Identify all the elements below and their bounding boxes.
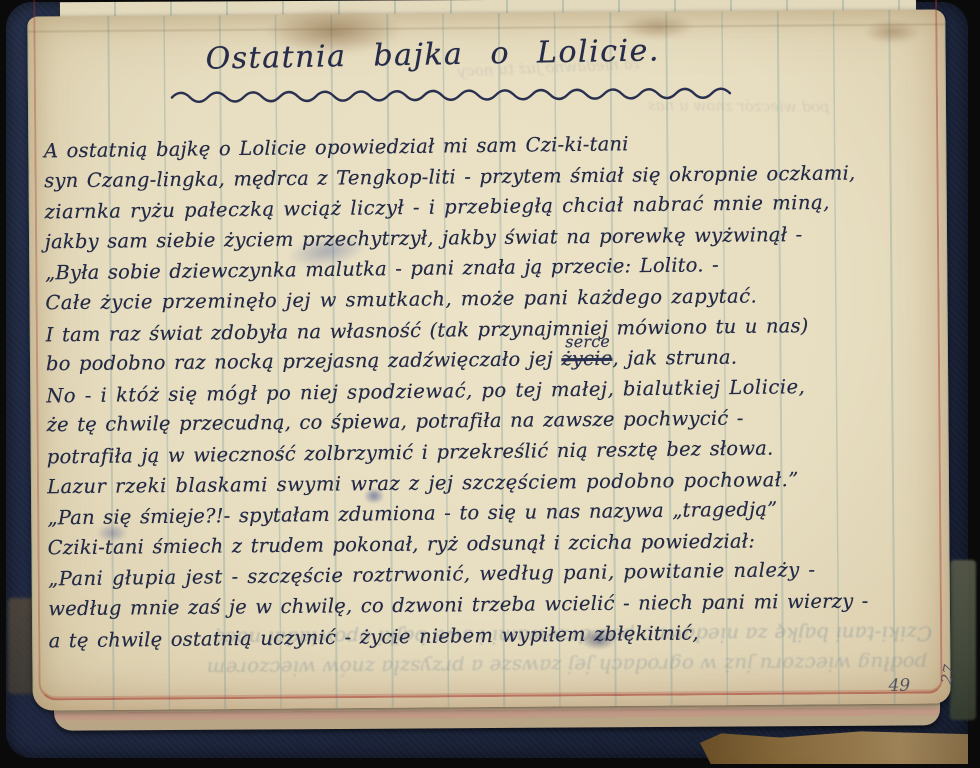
- line-text: , jak struna.: [612, 346, 737, 370]
- inserted-word: serce: [565, 327, 610, 358]
- manuscript-text: A ostatnią bajkę o Lolicie opowiedział m…: [44, 127, 935, 656]
- page-number: 49: [888, 676, 910, 696]
- cover-worn-spine: [950, 560, 976, 720]
- page-number-rotated: 27: [937, 663, 958, 685]
- line-text: bo podobno raz nocką przejasną zadźwięcz…: [46, 347, 562, 375]
- manuscript-page: Cziki-tani bajkę za niedawno pod drzewam…: [27, 9, 950, 710]
- tape-patch-bottom-right: [700, 730, 968, 764]
- scanned-notebook-photo: Cziki-tani bajkę za niedawno pod drzewam…: [0, 0, 980, 768]
